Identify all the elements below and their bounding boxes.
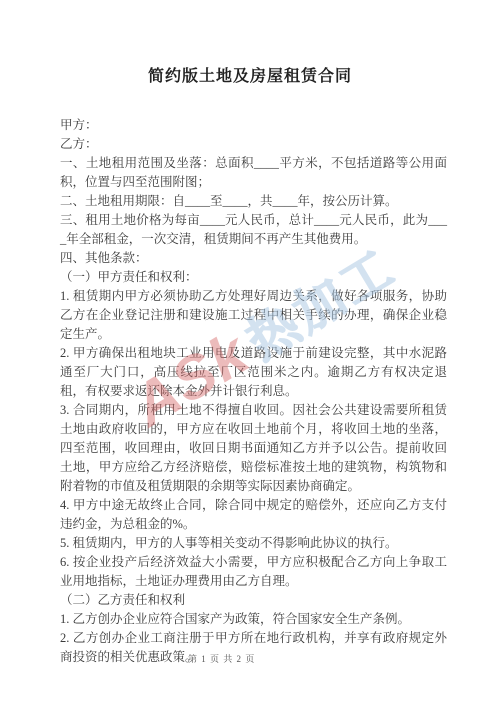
paragraph: 四、其他条款： [60,249,447,268]
paragraph: （一）甲方责任和权利： [60,268,447,287]
paragraph: 1. 租赁期内甲方必须协助乙方处理好周边关系，做好各项服务，协助乙方在企业登记注… [60,287,447,344]
page-number: 第 1 页 共 2 页 [188,652,255,665]
paragraph: 甲方： [60,116,447,135]
paragraph: 三、租用土地价格为每亩____元人民币，总计____元人民币，此为____年全部… [60,211,447,249]
paragraph: 6. 按企业投产后经济效益大小需要，甲方应积极配合乙方向上争取工业用地指标，土地… [60,553,447,591]
paragraph: 2. 甲方确保出租地块工业用电及道路设施于前建设完整，其中水泥路通至厂大门口，高… [60,344,447,401]
document-page: ASk 热加工 简约版土地及房屋租赁合同 甲方：乙方：一、土地租用范围及坐落：总… [0,0,500,706]
paragraph: 一、土地租用范围及坐落：总面积____平方米，不包括道路等公用面积，位置与四至范… [60,154,447,192]
document-title: 简约版土地及房屋租赁合同 [0,63,500,86]
paragraph: （二）乙方责任和权利 [60,591,447,610]
paragraph: 乙方： [60,135,447,154]
paragraph: 4. 甲方中途无故终止合同，除合同中规定的赔偿外，还应向乙方支付违约金，为总租金… [60,496,447,534]
paragraph: 5. 租赁期内，甲方的人事等相关变动不得影响此协议的执行。 [60,534,447,553]
paragraph: 3. 合同期内，所租用土地不得擅自收回。因社会公共建设需要所租赁土地由政府收回的… [60,401,447,496]
paragraph: 1. 乙方创办企业应符合国家产为政策，符合国家安全生产条例。 [60,610,447,629]
document-body: 甲方：乙方：一、土地租用范围及坐落：总面积____平方米，不包括道路等公用面积，… [60,116,447,667]
paragraph: 二、土地租用期限：自____至____，共____年，按公历计算。 [60,192,447,211]
